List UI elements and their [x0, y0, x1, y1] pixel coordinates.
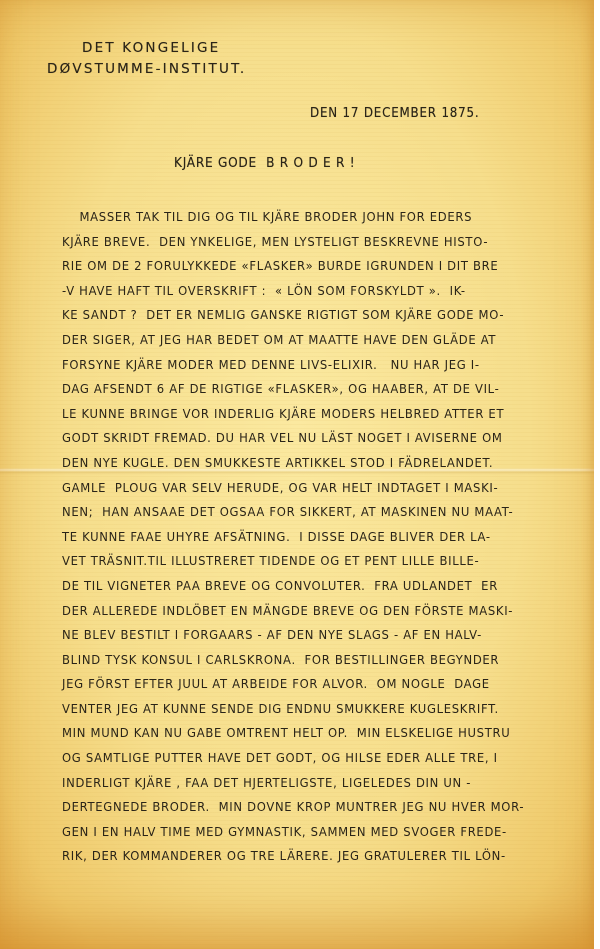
- salutation: KJÄRE GODE B R O D E R !: [174, 157, 355, 170]
- body-line: VENTER JEG AT KUNNE SENDE DIG ENDNU SMUK…: [62, 697, 524, 722]
- body-line: MASSER TAK TIL DIG OG TIL KJÄRE BRODER J…: [62, 205, 524, 230]
- body-line: MIN MUND KAN NU GABE OMTRENT HELT OP. MI…: [62, 721, 524, 746]
- letterhead-line-2: DØVSTUMME-INSTITUT.: [47, 63, 246, 77]
- body-line: -V HAVE HAFT TIL OVERSKRIFT : « LÖN SOM …: [62, 279, 524, 304]
- body-line: NEN; HAN ANSAAE DET OGSAA FOR SIKKERT, A…: [62, 500, 524, 525]
- body-line: DER SIGER, AT JEG HAR BEDET OM AT MAATTE…: [62, 328, 524, 353]
- letterhead-line-1: DET KONGELIGE: [82, 42, 220, 56]
- body-line: DEN NYE KUGLE. DEN SMUKKESTE ARTIKKEL ST…: [62, 451, 524, 476]
- body-line: BLIND TYSK KONSUL I CARLSKRONA. FOR BEST…: [62, 648, 524, 673]
- body-line: RIK, DER KOMMANDERER OG TRE LÄRERE. JEG …: [62, 844, 524, 869]
- letter-paper: DET KONGELIGE DØVSTUMME-INSTITUT. DEN 17…: [0, 0, 594, 949]
- body-line: NE BLEV BESTILT I FORGAARS - AF DEN NYE …: [62, 623, 524, 648]
- body-line: GEN I EN HALV TIME MED GYMNASTIK, SAMMEN…: [62, 820, 524, 845]
- body-line: VET TRÄSNIT.TIL ILLUSTRERET TIDENDE OG E…: [62, 549, 524, 574]
- letter-body: MASSER TAK TIL DIG OG TIL KJÄRE BRODER J…: [62, 205, 564, 869]
- body-line: KE SANDT ? DET ER NEMLIG GANSKE RIGTIGT …: [62, 303, 524, 328]
- body-line: TE KUNNE FAAE UHYRE AFSÄTNING. I DISSE D…: [62, 525, 524, 550]
- body-line: DER ALLEREDE INDLÖBET EN MÄNGDE BREVE OG…: [62, 599, 524, 624]
- body-line: FORSYNE KJÄRE MODER MED DENNE LIVS-ELIXI…: [62, 353, 524, 378]
- body-line: DE TIL VIGNETER PAA BREVE OG CONVOLUTER.…: [62, 574, 524, 599]
- body-line: INDERLIGT KJÄRE , FAA DET HJERTELIGSTE, …: [62, 771, 524, 796]
- body-line: DERTEGNEDE BRODER. MIN DOVNE KROP MUNTRE…: [62, 795, 524, 820]
- body-line: JEG FÖRST EFTER JUUL AT ARBEIDE FOR ALVO…: [62, 672, 524, 697]
- body-line: GAMLE PLOUG VAR SELV HERUDE, OG VAR HELT…: [62, 476, 524, 501]
- body-line: GODT SKRIDT FREMAD. DU HAR VEL NU LÄST N…: [62, 426, 524, 451]
- letter-date: DEN 17 DECEMBER 1875.: [310, 107, 479, 120]
- body-line: KJÄRE BREVE. DEN YNKELIGE, MEN LYSTELIGT…: [62, 230, 524, 255]
- body-line: LE KUNNE BRINGE VOR INDERLIG KJÄRE MODER…: [62, 402, 524, 427]
- body-line: OG SAMTLIGE PUTTER HAVE DET GODT, OG HIL…: [62, 746, 524, 771]
- body-line: DAG AFSENDT 6 AF DE RIGTIGE «FLASKER», O…: [62, 377, 524, 402]
- body-line: RIE OM DE 2 FORULYKKEDE «FLASKER» BURDE …: [62, 254, 524, 279]
